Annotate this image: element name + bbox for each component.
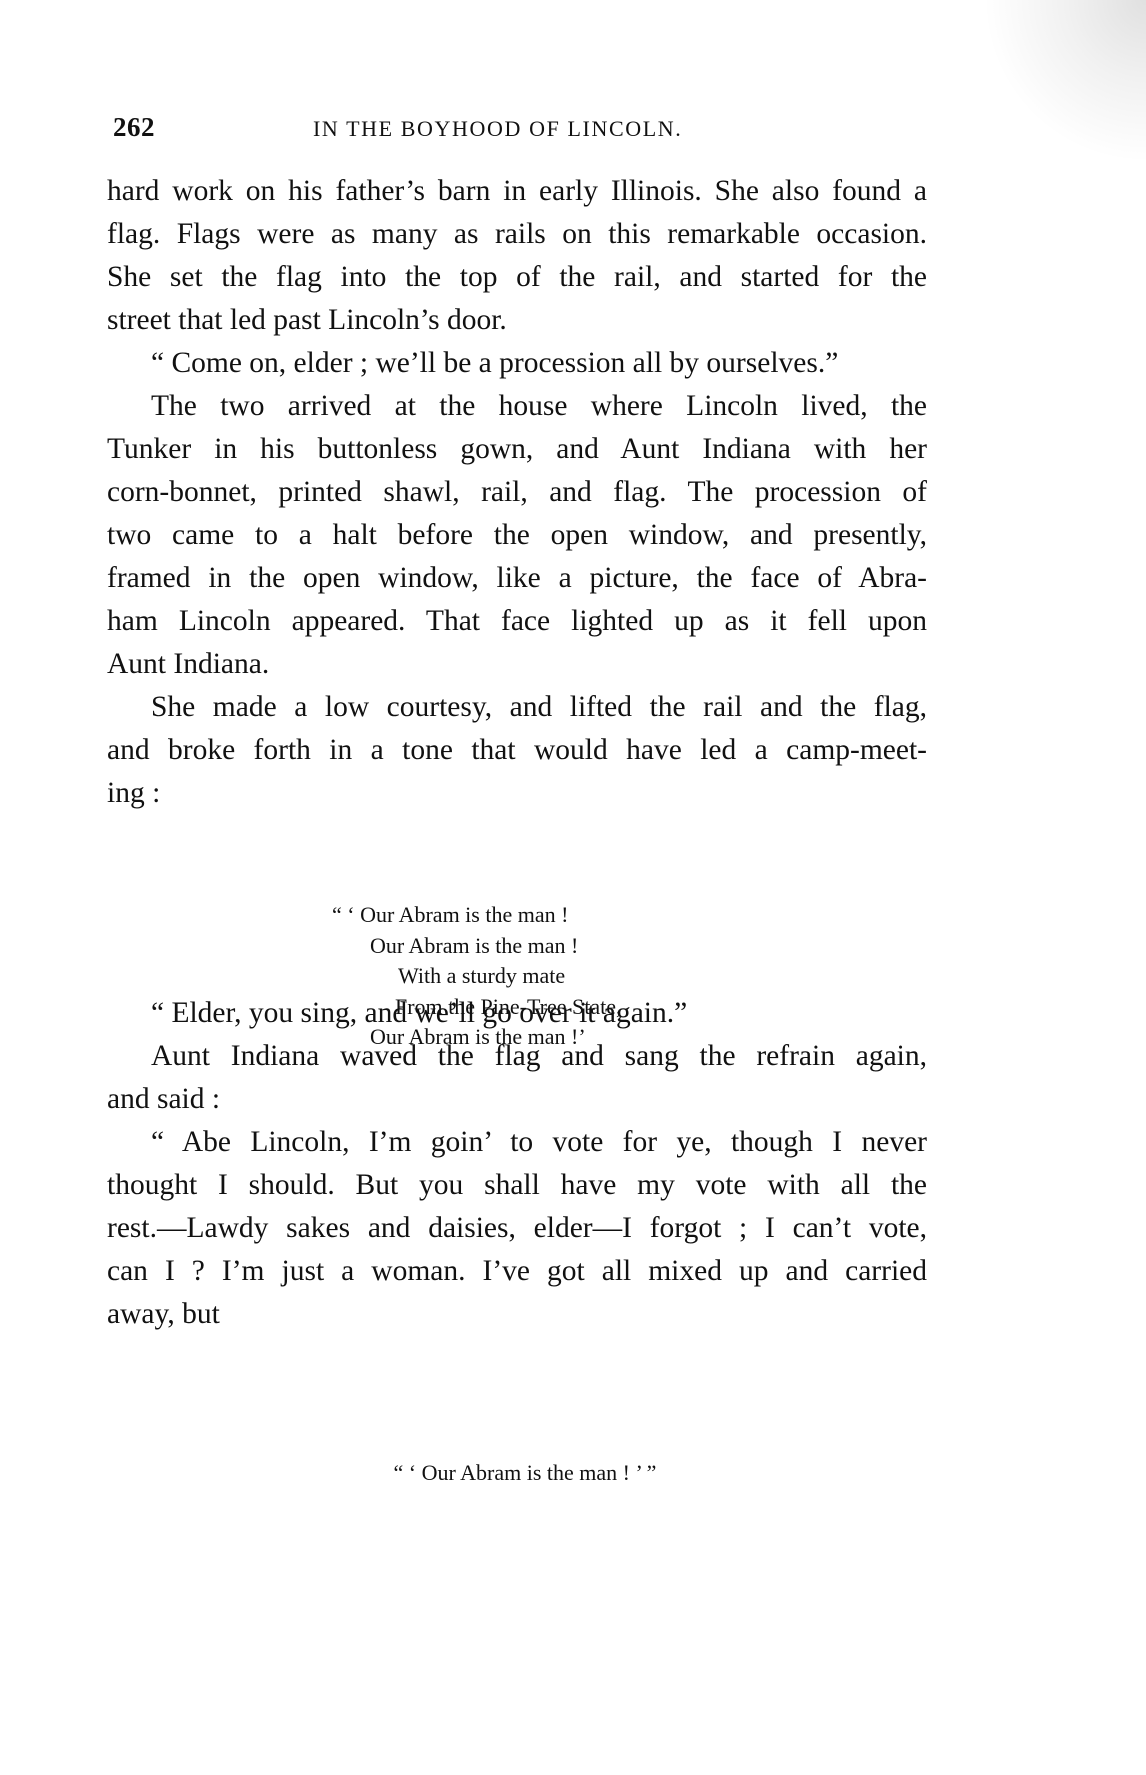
text-line: rest.—Lawdy sakes and daisies, elder—I f… — [107, 1207, 927, 1250]
paragraph: “ Come on, elder ; we’ll be a procession… — [107, 342, 927, 385]
body-text: hard work on his father’s barn in early … — [107, 170, 927, 815]
text-line: “ Elder, you sing, and we’ll go over it … — [107, 992, 927, 1035]
text-line: two came to a halt before the open windo… — [107, 514, 927, 557]
text-line: She made a low courtesy, and lifted the … — [107, 686, 927, 729]
verse-line: Our Abram is the man ! — [332, 931, 622, 962]
text-line: flag. Flags were as many as rails on thi… — [107, 213, 927, 256]
text-line: Aunt Indiana waved the flag and sang the… — [107, 1035, 927, 1078]
text-line: ing : — [107, 772, 927, 815]
text-line: Aunt Indiana. — [107, 643, 927, 686]
verse-line: With a sturdy mate — [332, 961, 622, 992]
text-line: can I ? I’m just a woman. I’ve got all m… — [107, 1250, 927, 1293]
page-number: 262 — [113, 112, 155, 143]
text-line: thought I should. But you shall have my … — [107, 1164, 927, 1207]
paragraph: The two arrived at the house where Linco… — [107, 385, 927, 686]
body-text-continued: “ Elder, you sing, and we’ll go over it … — [107, 992, 927, 1336]
scan-speckle-corner — [956, 0, 1146, 180]
text-line: “ Abe Lincoln, I’m goin’ to vote for ye,… — [107, 1121, 927, 1164]
paragraph: “ Abe Lincoln, I’m goin’ to vote for ye,… — [107, 1121, 927, 1336]
text-line: “ Come on, elder ; we’ll be a procession… — [107, 342, 927, 385]
closing-verse-line: “ ‘ Our Abram is the man ! ’ ” — [0, 1460, 1050, 1486]
running-title: IN THE BOYHOOD OF LINCOLN. — [313, 116, 682, 142]
text-line: corn-bonnet, printed shawl, rail, and fl… — [107, 471, 927, 514]
running-header: 262 IN THE BOYHOOD OF LINCOLN. — [107, 110, 927, 150]
text-line: and said : — [107, 1078, 927, 1121]
paragraph: She made a low courtesy, and lifted the … — [107, 686, 927, 815]
text-line: framed in the open window, like a pictur… — [107, 557, 927, 600]
paragraph: Aunt Indiana waved the flag and sang the… — [107, 1035, 927, 1121]
text-line: ham Lincoln appeared. That face lighted … — [107, 600, 927, 643]
text-line: The two arrived at the house where Linco… — [107, 385, 927, 428]
text-line: away, but — [107, 1293, 927, 1336]
paragraph: hard work on his father’s barn in early … — [107, 170, 927, 342]
text-line: and broke forth in a tone that would hav… — [107, 729, 927, 772]
text-line: She set the flag into the top of the rai… — [107, 256, 927, 299]
text-line: Tunker in his buttonless gown, and Aunt … — [107, 428, 927, 471]
text-line: street that led past Lincoln’s door. — [107, 299, 927, 342]
paragraph: “ Elder, you sing, and we’ll go over it … — [107, 992, 927, 1035]
verse-line: “ ‘ Our Abram is the man ! — [332, 900, 622, 931]
text-line: hard work on his father’s barn in early … — [107, 170, 927, 213]
book-page: 262 IN THE BOYHOOD OF LINCOLN. hard work… — [0, 0, 1146, 1775]
